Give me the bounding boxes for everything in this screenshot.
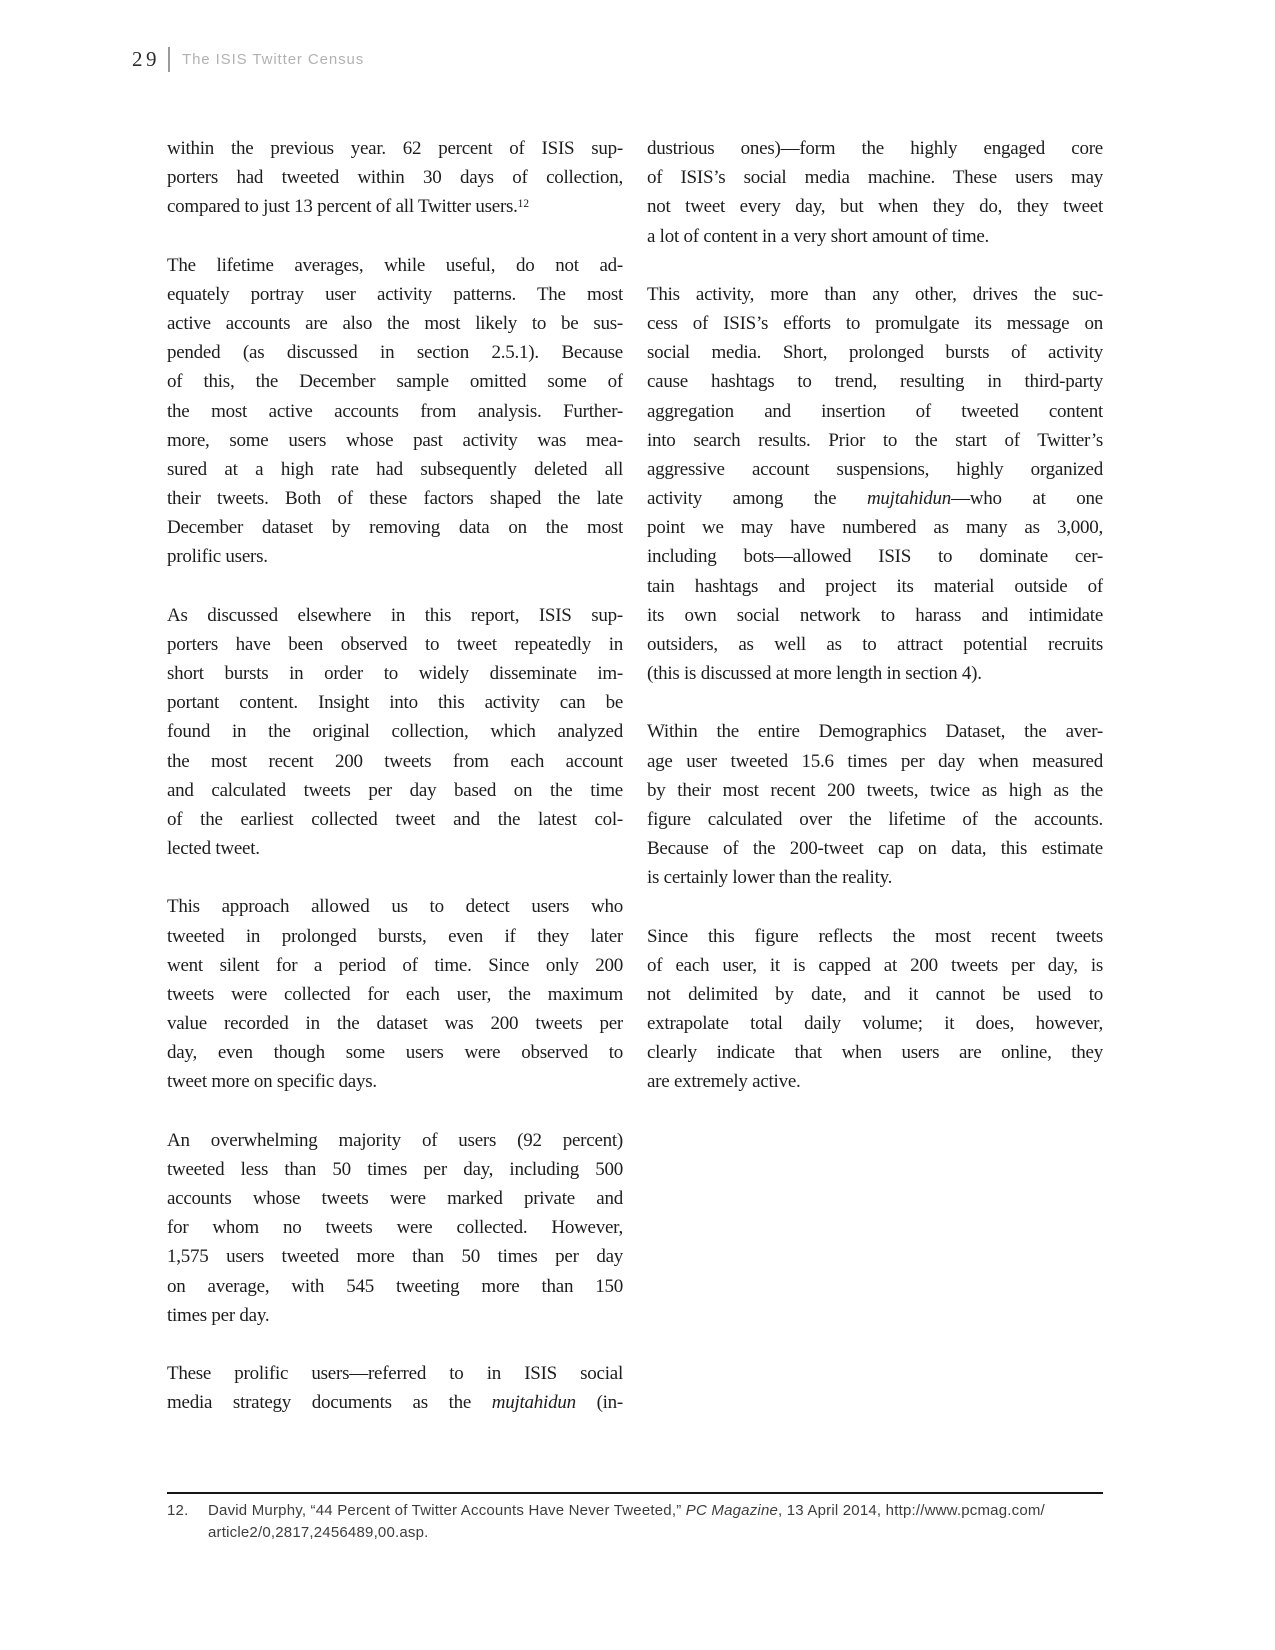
text-line: As discussed elsewhere in this report, I…: [167, 601, 623, 630]
text-line: of the earliest collected tweet and the …: [167, 805, 623, 834]
paragraph: within the previous year. 62 percent of …: [167, 134, 623, 222]
text-line: on average, with 545 tweeting more than …: [167, 1272, 623, 1301]
document-page: 29 The ISIS Twitter Census within the pr…: [0, 0, 1275, 1650]
footnote-line: David Murphy, “44 Percent of Twitter Acc…: [208, 1500, 1045, 1522]
text-line: not tweet every day, but when they do, t…: [647, 192, 1103, 221]
paragraph: These prolific users—referred to in ISIS…: [167, 1359, 623, 1417]
text-line: a lot of content in a very short amount …: [647, 222, 1103, 251]
text-line: more, some users whose past activity was…: [167, 426, 623, 455]
document-body: within the previous year. 62 percent of …: [167, 134, 1103, 1417]
text-line: accounts whose tweets were marked privat…: [167, 1184, 623, 1213]
text-line: point we may have numbered as many as 3,…: [647, 513, 1103, 542]
column-right: dustrious ones)—form the highly engaged …: [647, 134, 1103, 1417]
footnote-line: article2/0,2817,2456489,00.asp.: [208, 1522, 1045, 1544]
paragraph: The lifetime averages, while useful, do …: [167, 251, 623, 572]
text-line: outsiders, as well as to attract potenti…: [647, 630, 1103, 659]
text-line: December dataset by removing data on the…: [167, 513, 623, 542]
text-line: social media. Short, prolonged bursts of…: [647, 338, 1103, 367]
text-line: The lifetime averages, while useful, do …: [167, 251, 623, 280]
text-line: An overwhelming majority of users (92 pe…: [167, 1126, 623, 1155]
text-line: equately portray user activity patterns.…: [167, 280, 623, 309]
text-line: active accounts are also the most likely…: [167, 309, 623, 338]
text-line: into search results. Prior to the start …: [647, 426, 1103, 455]
text-line: tweeted in prolonged bursts, even if the…: [167, 922, 623, 951]
text-line: cause hashtags to trend, resulting in th…: [647, 367, 1103, 396]
text-line: age user tweeted 15.6 times per day when…: [647, 747, 1103, 776]
text-line: cess of ISIS’s efforts to promulgate its…: [647, 309, 1103, 338]
header-title: The ISIS Twitter Census: [182, 51, 364, 68]
text-line: Since this figure reflects the most rece…: [647, 922, 1103, 951]
text-line: extrapolate total daily volume; it does,…: [647, 1009, 1103, 1038]
text-line: the most active accounts from analysis. …: [167, 397, 623, 426]
text-line: not delimited by date, and it cannot be …: [647, 980, 1103, 1009]
text-line: are extremely active.: [647, 1067, 1103, 1096]
text-line: tweet more on specific days.: [167, 1067, 623, 1096]
text-line: for whom no tweets were collected. Howev…: [167, 1213, 623, 1242]
text-line: the most recent 200 tweets from each acc…: [167, 747, 623, 776]
paragraph: An overwhelming majority of users (92 pe…: [167, 1126, 623, 1330]
text-line: clearly indicate that when users are onl…: [647, 1038, 1103, 1067]
paragraph: This approach allowed us to detect users…: [167, 892, 623, 1096]
paragraph: As discussed elsewhere in this report, I…: [167, 601, 623, 864]
text-line: portant content. Insight into this activ…: [167, 688, 623, 717]
text-line: day, even though some users were observe…: [167, 1038, 623, 1067]
text-line: sured at a high rate had subsequently de…: [167, 455, 623, 484]
text-line: porters have been observed to tweet repe…: [167, 630, 623, 659]
text-line: of each user, it is capped at 200 tweets…: [647, 951, 1103, 980]
text-line: porters had tweeted within 30 days of co…: [167, 163, 623, 192]
text-line: activity among the mujtahidun—who at one: [647, 484, 1103, 513]
text-line: dustrious ones)—form the highly engaged …: [647, 134, 1103, 163]
text-line: value recorded in the dataset was 200 tw…: [167, 1009, 623, 1038]
text-line: within the previous year. 62 percent of …: [167, 134, 623, 163]
footnote-text: David Murphy, “44 Percent of Twitter Acc…: [208, 1500, 1045, 1543]
text-line: Because of the 200-tweet cap on data, th…: [647, 834, 1103, 863]
text-line: (this is discussed at more length in sec…: [647, 659, 1103, 688]
text-line: This approach allowed us to detect users…: [167, 892, 623, 921]
text-line: of ISIS’s social media machine. These us…: [647, 163, 1103, 192]
paragraph: dustrious ones)—form the highly engaged …: [647, 134, 1103, 251]
text-line: compared to just 13 percent of all Twitt…: [167, 192, 623, 221]
text-line: short bursts in order to widely dissemin…: [167, 659, 623, 688]
text-line: its own social network to harass and int…: [647, 601, 1103, 630]
text-line: pended (as discussed in section 2.5.1). …: [167, 338, 623, 367]
text-line: figure calculated over the lifetime of t…: [647, 805, 1103, 834]
text-line: tweets were collected for each user, the…: [167, 980, 623, 1009]
text-line: prolific users.: [167, 542, 623, 571]
paragraph: This activity, more than any other, driv…: [647, 280, 1103, 689]
text-line: went silent for a period of time. Since …: [167, 951, 623, 980]
footnote-number: 12.: [167, 1500, 208, 1543]
text-line: and calculated tweets per day based on t…: [167, 776, 623, 805]
footnote: 12. David Murphy, “44 Percent of Twitter…: [167, 1500, 1167, 1543]
text-line: of this, the December sample omitted som…: [167, 367, 623, 396]
text-line: This activity, more than any other, driv…: [647, 280, 1103, 309]
text-line: their tweets. Both of these factors shap…: [167, 484, 623, 513]
paragraph: Within the entire Demographics Dataset, …: [647, 717, 1103, 892]
text-line: These prolific users—referred to in ISIS…: [167, 1359, 623, 1388]
page-number: 29: [132, 47, 160, 72]
text-line: by their most recent 200 tweets, twice a…: [647, 776, 1103, 805]
text-line: media strategy documents as the mujtahid…: [167, 1388, 623, 1417]
text-line: tain hashtags and project its material o…: [647, 572, 1103, 601]
header-divider: [168, 47, 170, 72]
text-line: tweeted less than 50 times per day, incl…: [167, 1155, 623, 1184]
text-line: is certainly lower than the reality.: [647, 863, 1103, 892]
text-line: 1,575 users tweeted more than 50 times p…: [167, 1242, 623, 1271]
paragraph: Since this figure reflects the most rece…: [647, 922, 1103, 1097]
text-line: found in the original collection, which …: [167, 717, 623, 746]
text-line: Within the entire Demographics Dataset, …: [647, 717, 1103, 746]
column-left: within the previous year. 62 percent of …: [167, 134, 623, 1417]
page-header: 29 The ISIS Twitter Census: [132, 47, 364, 72]
text-line: aggressive account suspensions, highly o…: [647, 455, 1103, 484]
text-line: lected tweet.: [167, 834, 623, 863]
text-line: including bots—allowed ISIS to dominate …: [647, 542, 1103, 571]
text-line: times per day.: [167, 1301, 623, 1330]
footnote-rule: [167, 1492, 1103, 1494]
text-line: aggregation and insertion of tweeted con…: [647, 397, 1103, 426]
